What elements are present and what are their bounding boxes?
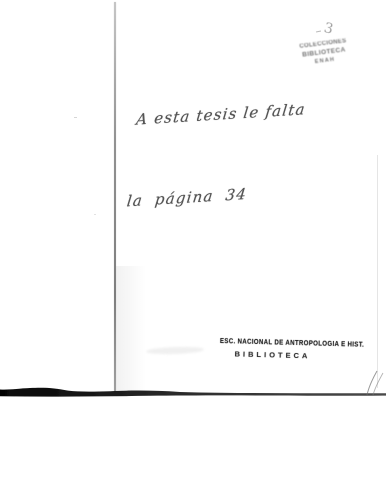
paper-speck (94, 214, 96, 215)
scanned-page: A esta tesis le falta la página 34 3 COL… (0, 0, 386, 500)
library-stamp-bottom: ESC. NACIONAL DE ANTROPOLOGIA E HIST. BI… (219, 338, 369, 362)
paper-smudge (146, 346, 204, 355)
handwriting-line-1: A esta tesis le falta (135, 96, 307, 134)
handwriting-line-2: la página 34 (125, 178, 297, 216)
curl-dash (316, 30, 321, 32)
corner-pen-mark (362, 370, 386, 396)
curl-mark: 3 (322, 20, 335, 38)
paper-speck (74, 117, 77, 118)
page-right-edge (377, 155, 378, 388)
page-fold-shadow (116, 266, 146, 394)
stamp-bottom-line-1: ESC. NACIONAL DE ANTROPOLOGIA E HIST. (220, 338, 351, 348)
stamp-bottom-line-2: BIBLIOTECA (234, 349, 369, 362)
handwritten-note: A esta tesis le falta la página 34 (119, 42, 313, 270)
page-bottom-edge (0, 386, 386, 402)
